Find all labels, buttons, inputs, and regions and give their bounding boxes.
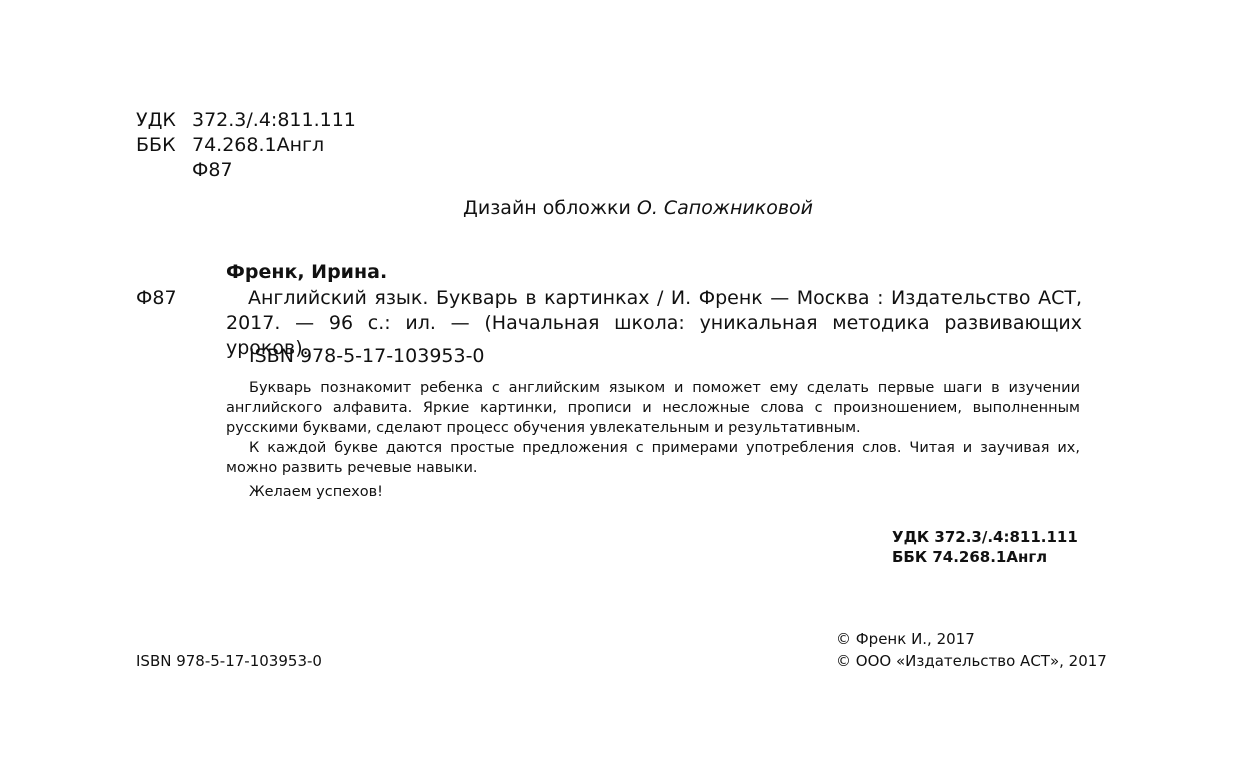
- isbn-record: ISBN 978-5-17-103953-0: [249, 344, 485, 369]
- udk-label: УДК: [136, 108, 192, 133]
- bbk-index-top: ББК74.268.1Англ: [136, 133, 324, 158]
- udk-value: 372.3/.4:811.111: [192, 109, 356, 131]
- cover-designer-name: О. Сапожниковой: [637, 197, 813, 219]
- udk-index-top: УДК372.3/.4:811.111: [136, 108, 356, 133]
- author-heading: Френк, Ирина.: [226, 260, 387, 285]
- bbk-label: ББК: [136, 133, 192, 158]
- abstract: Букварь познакомит ребенка с английским …: [226, 378, 1080, 502]
- cutter-number-record: Ф87: [136, 286, 177, 311]
- udk-index-bottom: УДК 372.3/.4:811.111: [892, 527, 1078, 547]
- isbn-bottom: ISBN 978-5-17-103953-0: [136, 651, 322, 671]
- cover-design-credit: Дизайн обложки О. Сапожниковой: [463, 196, 813, 221]
- abstract-paragraph-3: Желаем успехов!: [226, 482, 1080, 502]
- abstract-paragraph-1: Букварь познакомит ребенка с английским …: [226, 378, 1080, 438]
- copyright-publisher: © ООО «Издательство АСТ», 2017: [836, 651, 1107, 671]
- bbk-index-bottom: ББК 74.268.1Англ: [892, 547, 1047, 567]
- bbk-value: 74.268.1Англ: [192, 134, 324, 156]
- abstract-paragraph-2: К каждой букве даются простые предложени…: [226, 438, 1080, 478]
- cutter-number-top: Ф87: [192, 158, 233, 183]
- copyright-author: © Френк И., 2017: [836, 629, 975, 649]
- cover-design-prefix: Дизайн обложки: [463, 197, 631, 219]
- biblio-line-1: Английский язык. Букварь в картинках / И…: [226, 286, 1082, 311]
